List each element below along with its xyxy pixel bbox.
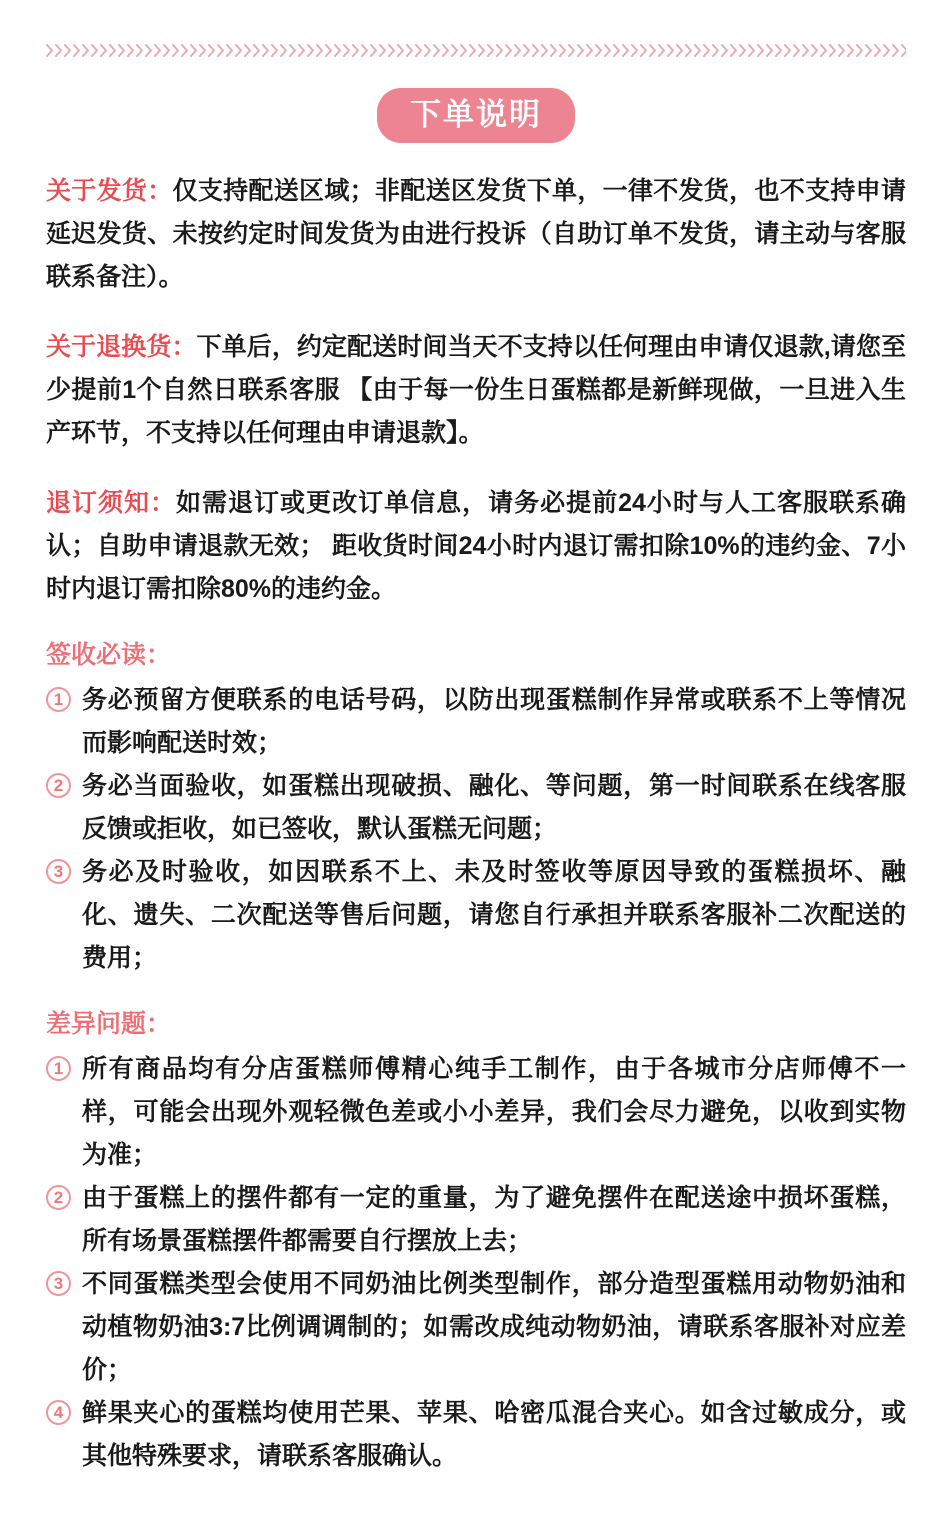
title-badge-wrap: 下单说明 bbox=[46, 88, 906, 143]
list-item: 4 鲜果夹心的蛋糕均使用芒果、苹果、哈密瓜混合夹心。如含过敏成分，或其他特殊要求… bbox=[46, 1392, 906, 1478]
shipping-note-text: 仅支持配送区域；非配送区发货下单，一律不发货，也不支持申请延迟发货、未按约定时间… bbox=[46, 177, 906, 291]
page-title: 下单说明 bbox=[377, 88, 575, 143]
return-policy-label: 关于退换货： bbox=[46, 333, 197, 361]
list-item-text: 鲜果夹心的蛋糕均使用芒果、苹果、哈密瓜混合夹心。如含过敏成分，或其他特殊要求，请… bbox=[82, 1392, 906, 1478]
circled-number-icon: 3 bbox=[46, 1271, 71, 1296]
circled-number-icon: 1 bbox=[46, 687, 71, 712]
list-item: 3 不同蛋糕类型会使用不同奶油比例类型制作，部分造型蛋糕用动物奶油和动植物奶油3… bbox=[46, 1263, 906, 1392]
variation-section-header: 差异问题： bbox=[46, 1003, 906, 1046]
list-item: 2 由于蛋糕上的摆件都有一定的重量，为了避免摆件在配送途中损坏蛋糕，所有场景蛋糕… bbox=[46, 1177, 906, 1263]
circled-number-icon: 3 bbox=[46, 859, 71, 884]
list-item-text: 不同蛋糕类型会使用不同奶油比例类型制作，部分造型蛋糕用动物奶油和动植物奶油3:7… bbox=[82, 1263, 906, 1392]
circled-number-icon: 2 bbox=[46, 773, 71, 798]
circled-number-icon: 4 bbox=[46, 1400, 71, 1425]
list-item-text: 由于蛋糕上的摆件都有一定的重量，为了避免摆件在配送途中损坏蛋糕，所有场景蛋糕摆件… bbox=[82, 1177, 906, 1263]
chevron-divider-icon bbox=[46, 44, 906, 57]
list-item: 1 务必预留方便联系的电话号码，以防出现蛋糕制作异常或联系不上等情况而影响配送时… bbox=[46, 679, 906, 765]
shipping-note-label: 关于发货： bbox=[46, 177, 173, 205]
circled-number-icon: 2 bbox=[46, 1185, 71, 1210]
list-item: 1 所有商品均有分店蛋糕师傅精心纯手工制作，由于各城市分店师傅不一样，可能会出现… bbox=[46, 1048, 906, 1177]
list-item-text: 务必及时验收，如因联系不上、未及时签收等原因导致的蛋糕损坏、融化、遗失、二次配送… bbox=[82, 851, 906, 980]
list-item: 2 务必当面验收，如蛋糕出现破损、融化、等问题，第一时间联系在线客服反馈或拒收，… bbox=[46, 765, 906, 851]
cancellation-label: 退订须知： bbox=[46, 489, 176, 517]
circled-number-icon: 1 bbox=[46, 1056, 71, 1081]
list-item: 3 务必及时验收，如因联系不上、未及时签收等原因导致的蛋糕损坏、融化、遗失、二次… bbox=[46, 851, 906, 980]
list-item-text: 务必预留方便联系的电话号码，以防出现蛋糕制作异常或联系不上等情况而影响配送时效； bbox=[82, 679, 906, 765]
receiving-must-read-section: 签收必读： 1 务必预留方便联系的电话号码，以防出现蛋糕制作异常或联系不上等情况… bbox=[46, 634, 906, 980]
shipping-note: 关于发货：仅支持配送区域；非配送区发货下单，一律不发货，也不支持申请延迟发货、未… bbox=[46, 170, 906, 299]
return-policy-note: 关于退换货：下单后，约定配送时间当天不支持以任何理由申请仅退款,请您至少提前1个… bbox=[46, 326, 906, 455]
variation-issues-section: 差异问题： 1 所有商品均有分店蛋糕师傅精心纯手工制作，由于各城市分店师傅不一样… bbox=[46, 1003, 906, 1478]
list-item-text: 务必当面验收，如蛋糕出现破损、融化、等问题，第一时间联系在线客服反馈或拒收，如已… bbox=[82, 765, 906, 851]
receiving-section-header: 签收必读： bbox=[46, 634, 906, 677]
list-item-text: 所有商品均有分店蛋糕师傅精心纯手工制作，由于各城市分店师傅不一样，可能会出现外观… bbox=[82, 1048, 906, 1177]
order-instructions-page: 下单说明 关于发货：仅支持配送区域；非配送区发货下单，一律不发货，也不支持申请延… bbox=[0, 44, 950, 1518]
cancellation-note: 退订须知：如需退订或更改订单信息，请务必提前24小时与人工客服联系确认；自助申请… bbox=[46, 482, 906, 611]
